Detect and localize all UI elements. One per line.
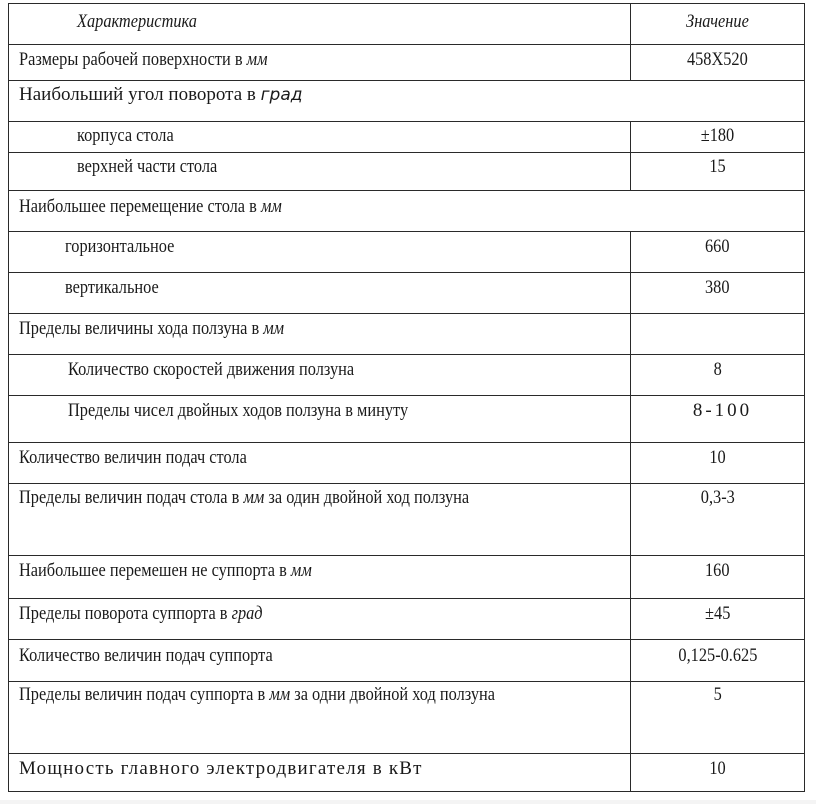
row-label: вертикальное [9, 273, 630, 313]
row-label: горизонтальное [9, 232, 630, 272]
row-value: 458X520 [630, 45, 804, 80]
unit-text: мм [263, 318, 284, 339]
row-value: 0,3-3 [630, 484, 804, 555]
header-characteristic-text: Характеристика [77, 11, 197, 33]
label-text: вертикальное [65, 277, 159, 299]
table-row-group-heading: Наибольший угол поворота в град [9, 80, 804, 121]
label-text: Пределы величин подач суппорта в [19, 684, 269, 705]
row-label: Пределы величин подач стола в мм за один… [9, 484, 630, 555]
label-text: Пределы величин подач стола в [19, 487, 243, 508]
label-text: Пределы чисел двойных ходов ползуна в ми… [68, 400, 408, 422]
row-label: Пределы чисел двойных ходов ползуна в ми… [9, 396, 630, 442]
specifications-table: Характеристика Значение Размеры рабочей … [8, 3, 805, 792]
table-row: Пределы величин подач стола в мм за один… [9, 483, 804, 555]
page-bottom-edge [0, 800, 816, 804]
row-value: 380 [630, 273, 804, 313]
label-text: Пределы величины хода ползуна в [19, 318, 263, 339]
row-value: 8-100 [630, 396, 804, 442]
table-row: горизонтальное 660 [9, 231, 804, 272]
label-text: Наибольшее перемещение стола в [19, 196, 261, 217]
table-row: вертикальное 380 [9, 272, 804, 313]
row-label: Мощность главного электродвигателя в кВт [9, 754, 630, 791]
unit-text: град [232, 603, 263, 624]
label-text: Количество величин подач суппорта [19, 645, 273, 667]
document-page: Характеристика Значение Размеры рабочей … [0, 0, 816, 804]
value-text: 0,125-0.625 [678, 645, 757, 667]
table-row: Пределы величины хода ползуна в мм [9, 313, 804, 354]
unit-text: мм [291, 560, 312, 581]
label-suffix-text: за один двойной ход ползуна [264, 487, 469, 508]
header-value: Значение [630, 4, 804, 44]
table-row: Пределы величин подач суппорта в мм за о… [9, 681, 804, 753]
row-label: Пределы величин подач суппорта в мм за о… [9, 682, 630, 753]
table-row: верхней части стола 15 [9, 152, 804, 190]
table-row: Пределы чисел двойных ходов ползуна в ми… [9, 395, 804, 442]
label-text: Количество величин подач стола [19, 447, 247, 469]
row-value: 15 [630, 153, 804, 190]
row-value: 0,125-0.625 [630, 640, 804, 681]
table-row: Пределы поворота суппорта в град ±45 [9, 598, 804, 639]
value-text: ±180 [701, 125, 734, 147]
value-text: 10 [709, 758, 725, 780]
row-label: Наибольшее перемешен не суппорта в мм [9, 556, 630, 598]
table-row: Количество величин подач стола 10 [9, 442, 804, 483]
table-row: Мощность главного электродвигателя в кВт… [9, 753, 804, 791]
row-label: Количество скоростей движения ползуна [9, 355, 630, 395]
row-label: Количество величин подач стола [9, 443, 630, 483]
label-text: Наибольшее перемешен не суппорта в [19, 560, 291, 581]
value-text: 15 [709, 156, 725, 178]
row-label: верхней части стола [9, 153, 630, 190]
table-row: Размеры рабочей поверхности в мм 458X520 [9, 44, 804, 80]
row-value: ±45 [630, 599, 804, 639]
row-label: Размеры рабочей поверхности в мм [9, 45, 630, 80]
row-value: 10 [630, 754, 804, 791]
label-suffix-text: за одни двойной ход ползуна [290, 684, 495, 705]
row-label: Наибольший угол поворота в град [9, 81, 804, 121]
header-characteristic: Характеристика [9, 4, 630, 44]
value-text: 10 [709, 447, 725, 469]
value-text: 8-100 [693, 400, 752, 421]
unit-text: мм [247, 49, 268, 70]
row-value [630, 314, 804, 354]
row-value: ±180 [630, 122, 804, 152]
unit-text: град [261, 85, 303, 105]
row-label: корпуса стола [9, 122, 630, 152]
label-text: Количество скоростей движения ползуна [68, 359, 354, 381]
row-value: 5 [630, 682, 804, 753]
row-label: Наибольшее перемещение стола в мм [9, 191, 804, 231]
table-row: Количество скоростей движения ползуна 8 [9, 354, 804, 395]
table-row: корпуса стола ±180 [9, 121, 804, 152]
value-text: 160 [705, 560, 730, 582]
unit-text: мм [269, 684, 290, 705]
row-label: Пределы поворота суппорта в град [9, 599, 630, 639]
unit-text: мм [243, 487, 264, 508]
label-text: Мощность главного электродвигателя в кВт [19, 758, 423, 779]
table-row: Наибольшее перемешен не суппорта в мм 16… [9, 555, 804, 598]
value-text: ±45 [705, 603, 730, 625]
table-header-row: Характеристика Значение [9, 4, 804, 44]
unit-text: мм [261, 196, 282, 217]
label-text: Пределы поворота суппорта в [19, 603, 232, 624]
value-text: 8 [713, 359, 721, 381]
label-text: горизонтальное [65, 236, 174, 258]
table-row-group-heading: Наибольшее перемещение стола в мм [9, 190, 804, 231]
value-text: 660 [705, 236, 730, 258]
value-text: 380 [705, 277, 730, 299]
row-value: 660 [630, 232, 804, 272]
row-value: 10 [630, 443, 804, 483]
header-value-text: Значение [686, 11, 749, 33]
row-value: 160 [630, 556, 804, 598]
value-text: 5 [713, 684, 721, 706]
label-text: Размеры рабочей поверхности в [19, 49, 247, 70]
row-label: Пределы величины хода ползуна в мм [9, 314, 630, 354]
label-text: Наибольший угол поворота в [19, 84, 261, 105]
value-text: 0,3-3 [700, 487, 734, 509]
label-text: корпуса стола [77, 125, 174, 147]
row-value: 8 [630, 355, 804, 395]
label-text: верхней части стола [77, 156, 217, 178]
value-text: 458X520 [687, 49, 748, 71]
